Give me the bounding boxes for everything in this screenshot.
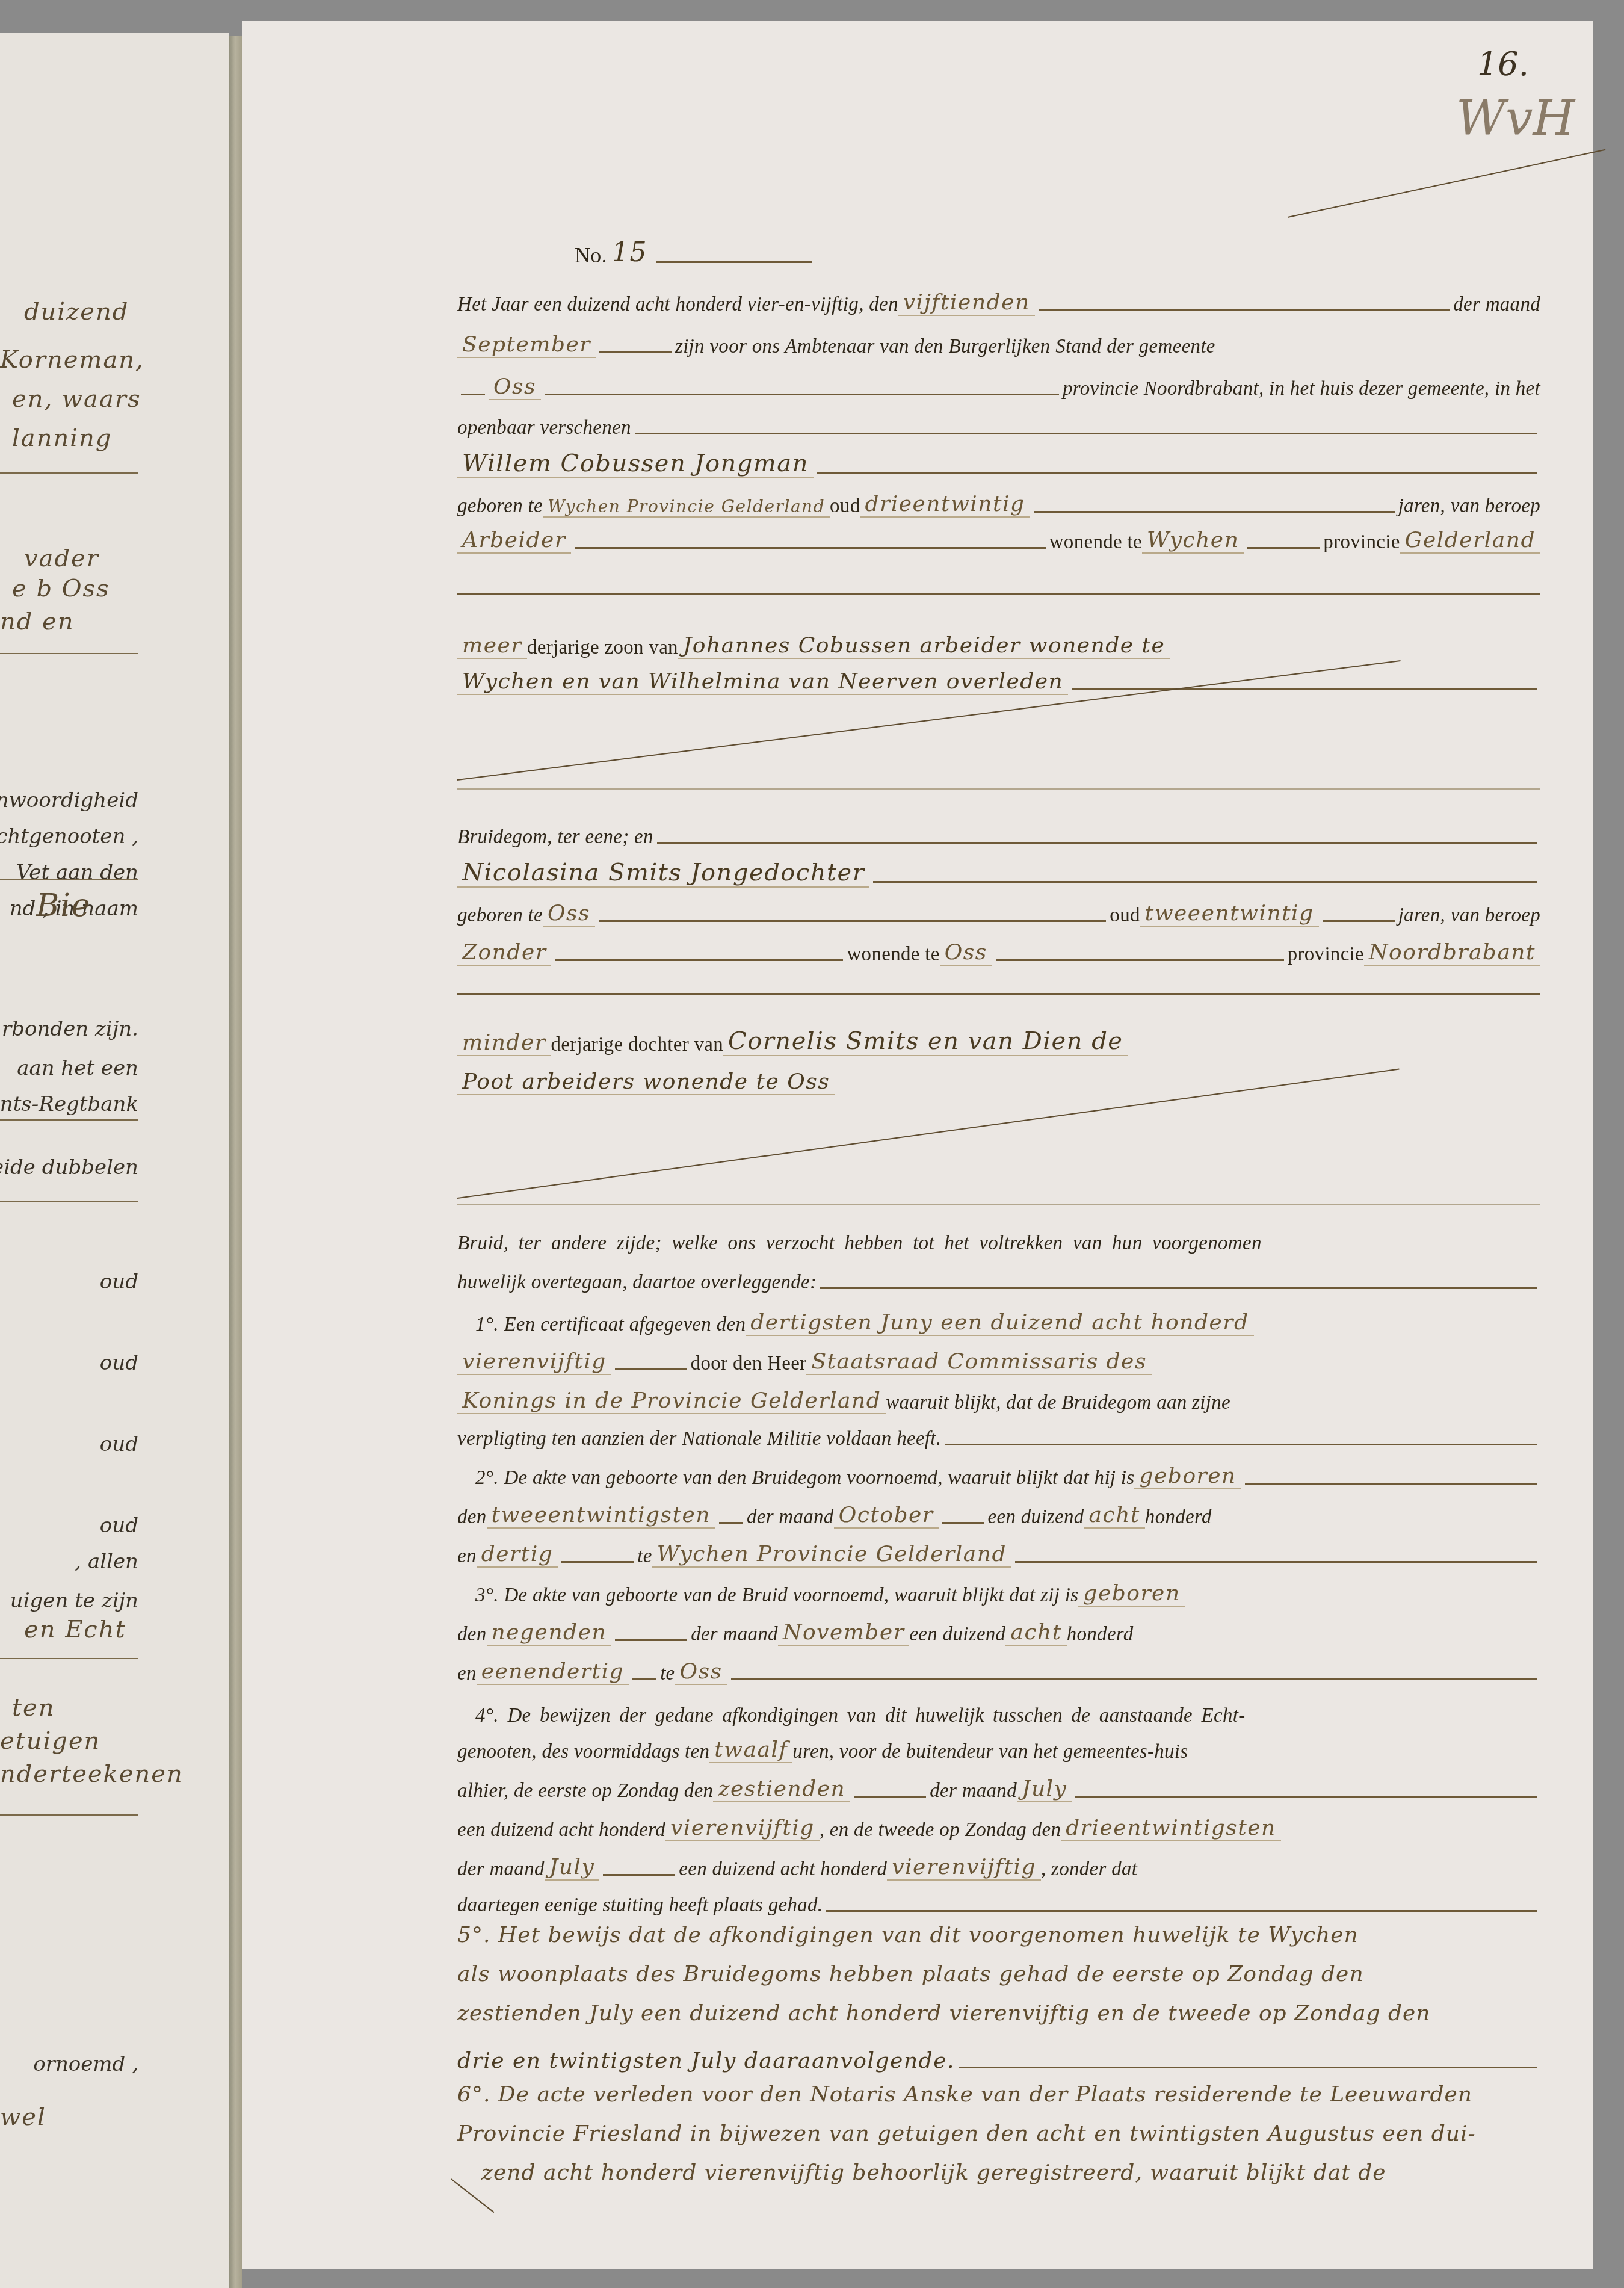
label: een duizend [988, 1506, 1084, 1529]
groom-occupation: Arbeider [457, 528, 571, 554]
left-hand-fragment: wel [0, 2103, 46, 2131]
blank-line [599, 920, 1106, 922]
label: provincie [1288, 944, 1364, 966]
groom-age: drieentwintig [860, 492, 1030, 518]
groom-role-label: Bruidegom, ter eene; en [457, 826, 653, 849]
item-2-row-a: 2°. De akte van geboorte van den Bruideg… [457, 1453, 1540, 1489]
bride-role-label: Bruid, ter andere zijde; welke ons verzo… [457, 1232, 1262, 1255]
book-gutter [229, 36, 242, 2288]
bride-birth-month: November [778, 1620, 910, 1646]
left-hand-fragment: vader [24, 545, 99, 572]
label: en [457, 1545, 477, 1568]
item-5-line: als woonplaats des Bruidegoms hebben pla… [457, 1962, 1540, 1987]
bride-occupation: Zonder [457, 940, 551, 966]
groom-name: Willem Cobussen Jongman [457, 450, 814, 478]
label: derjarige zoon van [527, 637, 678, 659]
clerk-initials: WvH [1456, 90, 1575, 146]
blank-line [945, 1444, 1537, 1445]
item-2-row-c: en dertig te Wychen Provincie Gelderland [457, 1532, 1540, 1568]
first-banns-month: July [1017, 1776, 1072, 1802]
bride-name-row: Nicolasina Smits Jongedochter [457, 852, 1540, 888]
bride-age: tweeentwintig [1140, 901, 1319, 927]
item-1-row-a: 1°. Een certificaat afgegeven den dertig… [457, 1300, 1540, 1336]
blank-line [1245, 1483, 1537, 1485]
item-6-line: zend acht honderd vierenvijftig behoorli… [457, 2160, 1564, 2185]
left-rule [0, 1814, 138, 1816]
label: geboren te [457, 495, 543, 518]
bride-province: Noordbrabant [1364, 940, 1540, 966]
bride-born-word: geboren [1078, 1581, 1185, 1607]
label: een duizend acht honderd [679, 1858, 887, 1881]
item-3-row-c: en eenendertig te Oss [457, 1649, 1540, 1685]
label: uren, voor de buitendeur van het gemeent… [792, 1741, 1188, 1763]
left-signature-fragment: Bie [36, 888, 91, 924]
bride-role-row-2: huwelijk overtegaan, daartoe overleggend… [457, 1258, 1540, 1294]
blank-line [959, 2067, 1537, 2068]
item-3-label: 3°. De akte van geboorte van de Bruid vo… [457, 1585, 1078, 1607]
groom-birth-place: Wychen Provincie Gelderland [652, 1542, 1011, 1568]
label: oud [830, 495, 860, 518]
act-number-blank [656, 261, 812, 263]
label: alhier, de eerste op Zondag den [457, 1780, 713, 1802]
groom-residence: Wychen [1142, 528, 1244, 554]
left-hand-fragment: en, waars [12, 385, 141, 413]
label: den [457, 1506, 487, 1529]
left-hand-fragment: ten [12, 1694, 55, 1722]
label: oud [1110, 904, 1140, 927]
item-4-row-a: 4°. De bewijzen der gedane afkondigingen… [457, 1691, 1540, 1727]
label: te [637, 1545, 652, 1568]
label: en [457, 1663, 477, 1685]
item-4-row-d: een duizend acht honderd vierenvijftig ,… [457, 1805, 1540, 1841]
banns-hour: twaalf [709, 1737, 792, 1763]
groom-birth-month: October [834, 1503, 939, 1529]
second-banns-year: vierenvijftig [887, 1855, 1041, 1881]
left-print-fragment: oud [100, 1351, 138, 1375]
blank-line [1247, 547, 1320, 549]
intro-text: der maand [1453, 294, 1540, 316]
left-print-fragment: aan het een [17, 1056, 138, 1080]
label: derjarige dochter van [551, 1034, 723, 1056]
left-print-fragment: chtgenooten , [0, 824, 138, 849]
bride-occupation-row: Zonder wonende te Oss provincie Noordbra… [457, 930, 1540, 966]
certificate-issuer: Staatsraad Commissaris des [806, 1349, 1152, 1375]
left-rule [0, 879, 138, 880]
groom-occupation-row: Arbeider wonende te Wychen provincie Gel… [457, 518, 1540, 554]
blank-line [873, 881, 1537, 883]
blank-line [1039, 309, 1450, 311]
bride-birth-century: acht [1005, 1620, 1066, 1646]
label: der maand [457, 1858, 545, 1881]
blank-line [996, 959, 1284, 961]
label: der maand [691, 1624, 778, 1646]
blank-line [657, 842, 1537, 844]
groom-birthplace: Wychen Provincie Gelderland [543, 496, 830, 518]
blank-line [561, 1561, 634, 1563]
left-print-fragment: eide dubbelen [0, 1155, 138, 1180]
groom-birth-row: geboren te Wychen Provincie Gelderland o… [457, 481, 1540, 518]
municipality: Oss [489, 374, 541, 400]
groom-born-word: geboren [1134, 1464, 1241, 1489]
label: honderd [1145, 1506, 1212, 1529]
blank-line [457, 593, 1540, 595]
bride-birth-place: Oss [675, 1659, 727, 1685]
item-2-row-b: den tweeentwintigsten der maand October … [457, 1492, 1540, 1529]
blank-line [457, 993, 1540, 995]
left-hand-fragment: Korneman, [0, 346, 144, 374]
intro-line-4: openbaar verschenen [457, 403, 1540, 439]
left-print-fragment: uigen te zijn [10, 1589, 138, 1613]
intro-line-3: Oss provincie Noordbrabant, in het huis … [457, 364, 1540, 400]
label: een duizend acht honderd [457, 1819, 665, 1841]
blank-line [599, 351, 672, 353]
item-5-line: zestienden July een duizend acht honderd… [457, 2001, 1540, 2026]
label: jaren, van beroep [1398, 904, 1540, 927]
left-rule [0, 472, 138, 474]
blank-line [555, 959, 843, 961]
left-print-fragment: oud [100, 1270, 138, 1294]
left-hand-fragment: en Echt [24, 1616, 126, 1643]
blank-line [942, 1522, 984, 1524]
item-6-line: Provincie Friesland in bijwezen van getu… [457, 2121, 1540, 2146]
bride-residence: Oss [940, 940, 992, 966]
left-hand-fragment: e b Oss [12, 575, 110, 602]
left-print-fragment: oud [100, 1432, 138, 1456]
label: den [457, 1624, 487, 1646]
blank-line [826, 1910, 1537, 1912]
left-page: duizend Korneman, en, waars lanning vade… [0, 33, 229, 2288]
label: door den Heer [691, 1353, 807, 1375]
left-hand-fragment: nd en [0, 608, 75, 635]
label: jaren, van beroep [1398, 495, 1540, 518]
blank-line [457, 1204, 1540, 1205]
marriage-month: September [457, 332, 596, 358]
bride-birth-row: geboren te Oss oud tweeentwintig jaren, … [457, 891, 1540, 927]
certificate-date: dertigsten Juny een duizend acht honderd [746, 1310, 1253, 1336]
item-1-row-b: vierenvijftig door den Heer Staatsraad C… [457, 1339, 1540, 1375]
groom-birth-year: dertig [477, 1542, 558, 1568]
groom-role-row: Bruidegom, ter eene; en [457, 812, 1540, 849]
item-6-line: 6°. De acte verleden voor den Notaris An… [457, 2082, 1540, 2107]
item-5-line: 5°. Het bewijs dat de afkondigingen van … [457, 1923, 1540, 1947]
item-4-row-c: alhier, de eerste op Zondag den zestiend… [457, 1766, 1540, 1802]
left-print-fragment: enwoordigheid [0, 788, 138, 812]
blank-line [635, 433, 1537, 434]
bride-parents-line-1: Cornelis Smits en van Dien de [723, 1027, 1128, 1056]
page-number: 16. [1477, 45, 1529, 83]
act-number-label: No. [575, 243, 607, 268]
groom-province: Gelderland [1400, 528, 1540, 554]
first-banns-year: vierenvijftig [665, 1816, 820, 1841]
label: , zonder dat [1041, 1858, 1137, 1881]
item-3-row-a: 3°. De akte van geboorte van de Bruid vo… [457, 1571, 1540, 1607]
label: wonende te [1049, 531, 1142, 554]
blank-line [854, 1796, 926, 1798]
bride-parents-line-2: Poot arbeiders wonende te Oss [457, 1069, 835, 1095]
intro-line-1: Het Jaar een duizend acht honderd vier-e… [457, 280, 1540, 316]
bride-parents-row-2: Poot arbeiders wonende te Oss [457, 1059, 1540, 1095]
left-print-fragment: rbonden zijn. [2, 1017, 138, 1041]
intro-line-2: September zijn voor ons Ambtenaar van de… [457, 322, 1540, 358]
groom-parents-row-2: Wychen en van Wilhelmina van Neerven ove… [457, 659, 1540, 695]
blank-line [719, 1522, 743, 1524]
bride-majority-prefix: minder [457, 1030, 551, 1056]
groom-parents-line-1: Johannes Cobussen arbeider wonende te [678, 633, 1170, 659]
blank-line [1075, 1796, 1537, 1798]
item-4-row-f: daartegen eenige stuiting heeft plaats g… [457, 1881, 1540, 1917]
blank-line [545, 394, 1059, 395]
blank-line [731, 1678, 1537, 1680]
marriage-day: vijftienden [898, 290, 1035, 316]
label: daartegen eenige stuiting heeft plaats g… [457, 1894, 823, 1917]
groom-name-row: Willem Cobussen Jongman [457, 442, 1540, 478]
label: genooten, des voormiddags ten [457, 1741, 709, 1763]
groom-parents-line-2: Wychen en van Wilhelmina van Neerven ove… [457, 669, 1068, 695]
left-hand-fragment: etuigen [0, 1727, 100, 1755]
left-print-fragment: oud [100, 1513, 138, 1538]
label: een duizend [909, 1624, 1005, 1646]
left-margin-rule [146, 33, 146, 2288]
bride-role-row: Bruid, ter andere zijde; welke ons verzo… [457, 1219, 1540, 1255]
item-1-row-c: Konings in de Provincie Gelderland waaru… [457, 1378, 1540, 1414]
blank-line [817, 472, 1537, 474]
left-print-fragment: nts-Regtbank [0, 1092, 138, 1116]
item-5-line: drie en twintigsten July daaraanvolgende… [457, 2048, 955, 2073]
left-rule [0, 653, 138, 654]
left-hand-fragment: lanning [12, 424, 112, 452]
label: provincie [1323, 531, 1400, 554]
blank-line [603, 1874, 675, 1876]
bride-birthplace: Oss [543, 901, 595, 927]
second-banns-day: drieentwintigsten [1061, 1816, 1281, 1841]
item-5-last-row: drie en twintigsten July daaraanvolgende… [457, 2037, 1540, 2073]
label: der maand [930, 1780, 1017, 1802]
blank-line [1323, 920, 1395, 922]
certificate-year: vierenvijftig [457, 1349, 611, 1375]
label: der maand [747, 1506, 834, 1529]
label: te [660, 1663, 675, 1685]
first-banns-day: zestienden [713, 1776, 850, 1802]
bride-parents-row-1: minder derjarige dochter van Cornelis Sm… [457, 1020, 1540, 1056]
left-print-fragment: Vet aan den [16, 861, 138, 885]
blank-line [457, 788, 1540, 790]
groom-majority-prefix: meer [457, 633, 527, 659]
label: honderd [1067, 1624, 1134, 1646]
left-print-fragment: , allen [75, 1550, 138, 1574]
bride-birth-day: negenden [487, 1620, 612, 1646]
item-4-row-e: der maand July een duizend acht honderd … [457, 1844, 1540, 1881]
blank-line [461, 394, 485, 395]
item-4-label: 4°. De bewijzen der gedane afkondigingen… [457, 1705, 1246, 1727]
label: verpligting ten aanzien der Nationale Mi… [457, 1428, 941, 1450]
item-4-row-b: genooten, des voormiddags ten twaalf ure… [457, 1727, 1540, 1763]
blank-line [820, 1287, 1537, 1289]
groom-parents-row-1: meer derjarige zoon van Johannes Cobusse… [457, 623, 1540, 659]
left-hand-fragment: nderteekenen [0, 1760, 184, 1788]
label: waaruit blijkt, dat de Bruidegom aan zij… [886, 1392, 1230, 1414]
second-banns-month: July [545, 1855, 599, 1881]
bride-role-label: huwelijk overtegaan, daartoe overleggend… [457, 1272, 817, 1294]
intro-text: zijn voor ons Ambtenaar van den Burgerli… [675, 336, 1215, 358]
blank-line [575, 547, 1046, 549]
blank-line [632, 1678, 656, 1680]
blank-line [615, 1368, 687, 1370]
item-3-row-b: den negenden der maand November een duiz… [457, 1610, 1540, 1646]
blank-line [1072, 688, 1537, 690]
act-number-row: No. 15 [575, 232, 815, 268]
label: wonende te [847, 944, 939, 966]
item-1-label: 1°. Een certificaat afgegeven den [457, 1314, 746, 1336]
item-2-label: 2°. De akte van geboorte van den Bruideg… [457, 1467, 1134, 1489]
act-number: 15 [607, 237, 652, 268]
blank-line [1015, 1561, 1537, 1563]
bride-birth-year: eenendertig [477, 1659, 629, 1685]
groom-birth-day: tweeentwintigsten [487, 1503, 715, 1529]
bride-name: Nicolasina Smits Jongedochter [457, 859, 869, 888]
intro-text: provincie Noordbrabant, in het huis deze… [1063, 378, 1540, 400]
left-rule [0, 1658, 138, 1659]
left-hand-fragment: duizend [24, 298, 129, 326]
left-rule [0, 1201, 138, 1202]
label: , en de tweede op Zondag den [820, 1819, 1061, 1841]
label: geboren te [457, 904, 543, 927]
item-1-row-d: verpligting ten aanzien der Nationale Mi… [457, 1414, 1540, 1450]
groom-birth-century: acht [1084, 1503, 1145, 1529]
intro-text: Het Jaar een duizend acht honderd vier-e… [457, 294, 898, 316]
blank-line [1034, 511, 1395, 513]
intro-text: openbaar verschenen [457, 417, 631, 439]
certificate-issuer-cont: Konings in de Provincie Gelderland [457, 1388, 886, 1414]
left-print-fragment: ornoemd , [33, 2052, 138, 2076]
blank-line [615, 1639, 687, 1641]
left-rule [0, 1119, 138, 1121]
